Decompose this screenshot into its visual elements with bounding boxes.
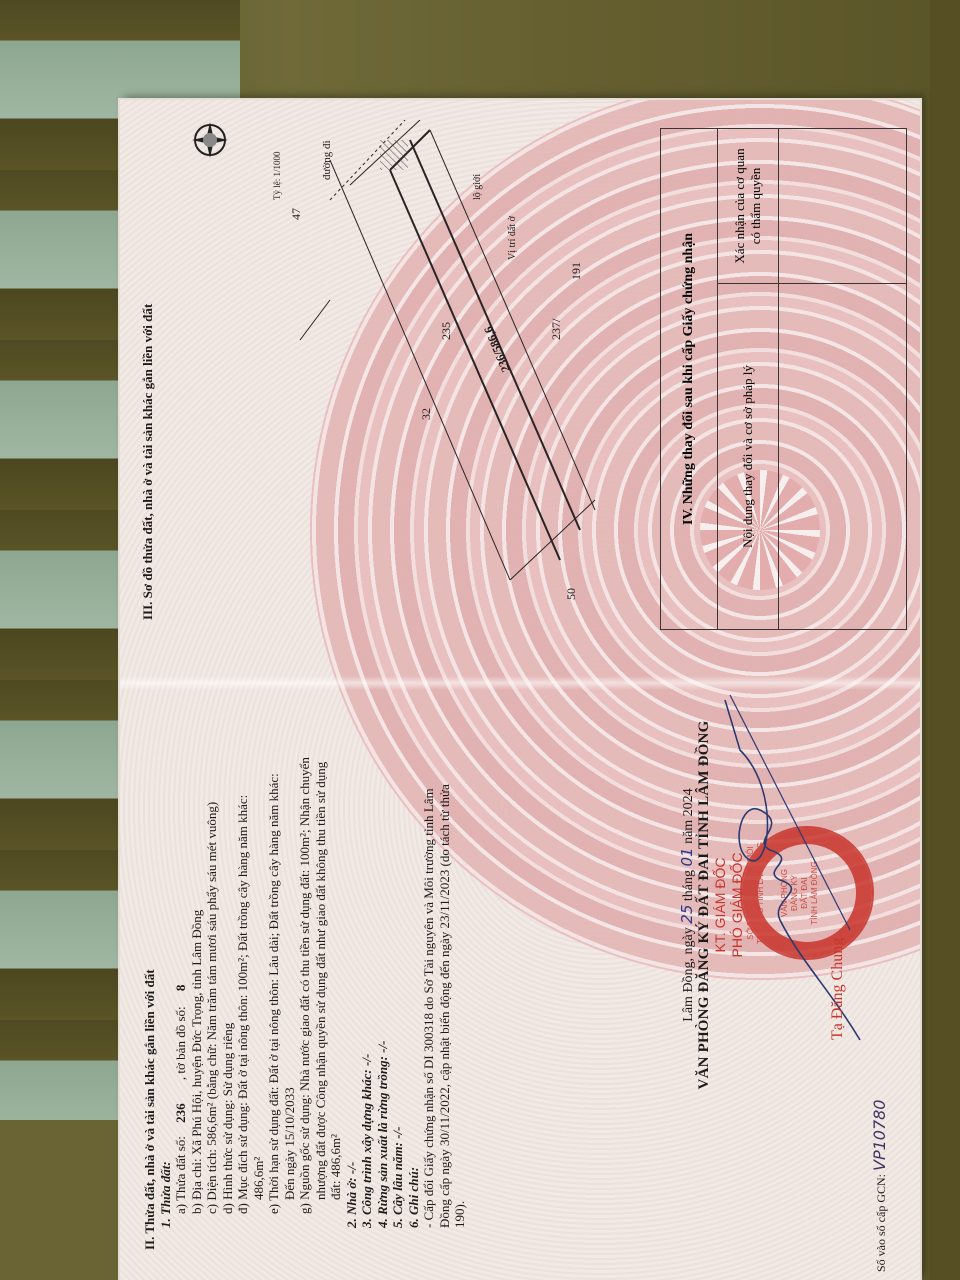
registry-label: Số vào sổ cấp GCN: bbox=[874, 1174, 888, 1272]
page-fold bbox=[120, 676, 920, 690]
signer-name: Tạ Đăng Chung bbox=[830, 938, 846, 1040]
section-ii-title: II. Thửa đất, nhà ở và tài sản khác gắn … bbox=[142, 730, 158, 1250]
house: 2. Nhà ở: -/- bbox=[344, 730, 360, 1250]
year-label: năm 2024 bbox=[681, 788, 696, 844]
col-change-content: Nội dung thay đổi và cơ sở pháp lý bbox=[718, 283, 778, 629]
origin-cont-1: nhượng đất được Công nhận quyền sử dụng … bbox=[313, 730, 329, 1250]
map-neighbor-235: 235 bbox=[439, 322, 453, 340]
issue-date: Lâm Đồng, ngày 25 tháng 01 năm 2024 bbox=[680, 695, 697, 1115]
map-boundary-label: lộ giới bbox=[472, 174, 483, 200]
area: c) Diện tích: 586,6m² (bằng chữ: Năm tră… bbox=[204, 730, 220, 1250]
changes-table: IV. Những thay đổi sau khi cấp Giấy chứn… bbox=[660, 128, 907, 630]
other-construction: 3. Công trình xây dựng khác: -/- bbox=[359, 730, 375, 1250]
background-wood bbox=[930, 0, 960, 1280]
changes-table-body bbox=[779, 129, 907, 629]
col2-line-2: có thẩm quyền bbox=[748, 148, 764, 263]
map-legend-label: Vị trí đất ở bbox=[507, 215, 518, 260]
section-iii-title: III. Sơ đồ thửa đất, nhà ở và tài sản kh… bbox=[140, 304, 156, 620]
issue-month: 01 bbox=[678, 847, 696, 866]
issuing-office: VĂN PHÒNG ĐĂNG KÝ ĐẤT ĐAI TỈNH LÂM ĐỒNG bbox=[697, 695, 713, 1115]
map-neighbor-32: 32 bbox=[419, 408, 433, 420]
map-neighbor-237: 237/ bbox=[549, 318, 563, 340]
changes-table-header: Nội dung thay đổi và cơ sở pháp lý Xác n… bbox=[718, 129, 779, 629]
map-road-label: đường đi bbox=[321, 140, 333, 180]
place-date-prefix: Lâm Đồng, ngày bbox=[681, 927, 696, 1021]
address: b) Địa chỉ: Xã Phú Hội, huyện Đức Trọng,… bbox=[189, 730, 205, 1250]
parcel-map: 236/586,6 235 237/ 32 47 50 191 đường đi… bbox=[180, 120, 600, 640]
map-scale: Tỷ lệ: 1/1000 bbox=[270, 152, 286, 201]
col-authority-confirmation: Xác nhận của cơ quan có thẩm quyền bbox=[718, 129, 778, 283]
notes-heading: 6. Ghi chú: bbox=[406, 730, 422, 1250]
map-sheet-number: 8 bbox=[173, 985, 188, 992]
use-form: d) Hình thức sử dụng: Sử dụng riêng bbox=[220, 730, 236, 1250]
registry-handwritten-number: VP10780 bbox=[870, 1100, 889, 1172]
note-line-2: Đồng cấp ngày 30/11/2022, cập nhật biến … bbox=[437, 730, 453, 1250]
map-neighbor-191: 191 bbox=[569, 262, 583, 280]
month-label: tháng bbox=[681, 870, 696, 901]
parcel-number: 236 bbox=[173, 1103, 188, 1123]
map-neighbor-50: 50 bbox=[564, 588, 578, 600]
use-term: e) Thời hạn sử dụng đất: Đất ở tại nông … bbox=[266, 730, 282, 1250]
origin-cont-2: đất: 486,6m² bbox=[328, 730, 344, 1250]
use-term-cont: Đến ngày 15/10/2033 bbox=[282, 730, 298, 1250]
handwritten-signature bbox=[720, 690, 870, 1050]
note-line-1: - Cấp đổi Giấy chứng nhận số DI 300318 d… bbox=[421, 730, 437, 1250]
registry-number: Số vào sổ cấp GCN: VP10780 bbox=[872, 1100, 890, 1273]
compass-rose bbox=[190, 110, 280, 170]
section-ii: II. Thửa đất, nhà ở và tài sản khác gắn … bbox=[142, 730, 468, 1250]
use-purpose-cont: 486,6m² bbox=[251, 730, 267, 1250]
section-iv-title: IV. Những thay đổi sau khi cấp Giấy chứn… bbox=[661, 129, 718, 629]
map-sheet-label: , tờ bản đồ số: bbox=[173, 1006, 188, 1080]
perennial-trees: 5. Cây lâu năm: -/- bbox=[390, 730, 406, 1250]
authority-cell bbox=[779, 129, 907, 283]
map-neighbor-47: 47 bbox=[289, 208, 303, 220]
change-content-cell bbox=[779, 283, 907, 629]
certificate-sheet: II. Thửa đất, nhà ở và tài sản khác gắn … bbox=[120, 100, 920, 1280]
origin: g) Nguồn gốc sử dụng: Nhà nước giao đất … bbox=[297, 730, 313, 1250]
parcel-heading: 1. Thửa đất: bbox=[158, 730, 174, 1250]
map-parcel-label: 236/586,6 bbox=[481, 324, 513, 374]
parcel-number-label: a) Thửa đất số: bbox=[173, 1136, 188, 1214]
issue-day: 25 bbox=[678, 905, 696, 924]
col2-line-1: Xác nhận của cơ quan bbox=[732, 148, 748, 263]
note-line-3: 190). bbox=[452, 730, 468, 1250]
production-forest: 4. Rừng sản xuất là rừng trồng: -/- bbox=[375, 730, 391, 1250]
compass-icon bbox=[190, 120, 230, 160]
use-purpose: đ) Mục đích sử dụng: Đất ở tại nông thôn… bbox=[235, 730, 251, 1250]
parcel-number-line: a) Thửa đất số: 236 , tờ bản đồ số: 8 bbox=[173, 730, 189, 1250]
land-certificate-paper: II. Thửa đất, nhà ở và tài sản khác gắn … bbox=[120, 100, 920, 1280]
